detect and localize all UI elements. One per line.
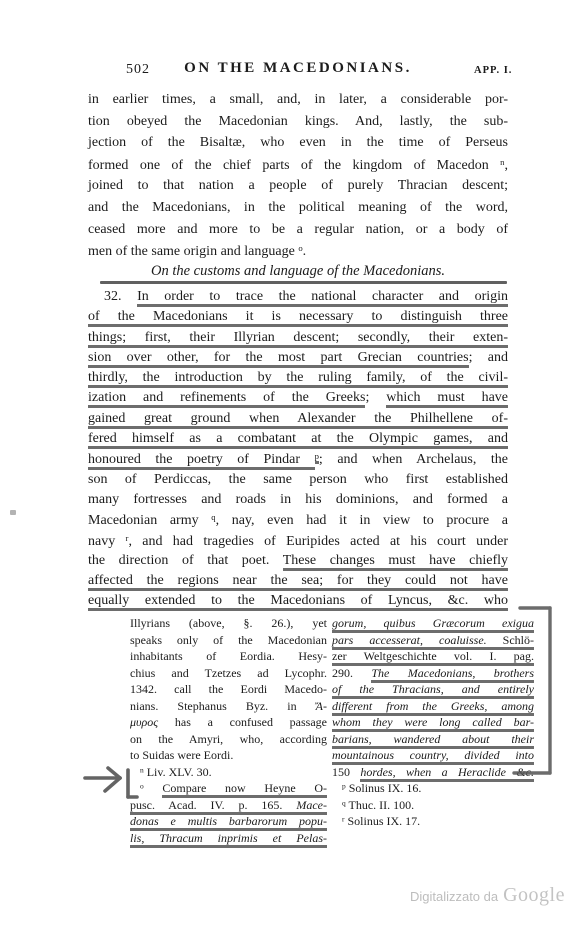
text-line: equally extended to the Macedonians of L… [88, 593, 508, 613]
text-segment: chius and Tzetzes ad Lycophr. [130, 666, 327, 680]
text-line: pars accesserat, coaluisse. Schlö- [332, 633, 534, 650]
text-segment: of the Macedonians it is necessary to di… [88, 309, 508, 324]
text-line: q Thuc. II. 100. [332, 798, 534, 815]
text-segment: inhabitants of Eordia. Hesy- [130, 649, 327, 663]
text-segment: tion obeyed the Macedonian kings. And, l… [88, 114, 508, 129]
text-line: to Suidas were Eordi. [130, 748, 327, 765]
text-line: whom they were long called bar- [332, 715, 534, 732]
text-line: different from the Greeks, among [332, 699, 534, 716]
text-segment: speaks only of the Macedonian [130, 633, 327, 647]
text-segment: , and had tragedies of Euripides acted a… [128, 533, 508, 548]
text-segment: fered himself as a combatant at the Olym… [88, 431, 508, 446]
text-segment: Solinus IX. 16. [346, 781, 422, 795]
text-line: gained great ground when Alexander the P… [88, 411, 508, 431]
text-segment [144, 781, 163, 795]
text-segment: has a confused passage [158, 715, 327, 729]
text-segment: gorum, quibus Græcorum exigua [332, 616, 534, 630]
text-line: n Liv. XLV. 30. [130, 765, 327, 782]
text-segment: , nay, even had it in view to procure a [216, 513, 508, 528]
text-line: thirdly, the introduction by the ruling … [88, 370, 508, 390]
text-segment: ceased more and more to be a regular nat… [88, 222, 508, 237]
text-segment: Macedonian army [88, 513, 211, 528]
text-segment: affected the regions near the sea; for t… [88, 573, 508, 588]
text-line: many fortresses and roads in his dominio… [88, 492, 508, 512]
text-segment: Ἄ- [316, 699, 327, 713]
text-segment: things; first, their Illyrian descent; s… [88, 330, 508, 345]
text-line: 150 hordes, when a Heraclide &c. [332, 765, 534, 782]
google-logo: Google [503, 884, 565, 907]
text-segment: the direction of that poet. [88, 553, 283, 568]
text-segment: barians, wandered about their [332, 732, 534, 746]
text-segment: These changes must have chiefly [283, 553, 508, 568]
text-line: barians, wandered about their [332, 732, 534, 749]
pencil-arrow-icon [82, 760, 140, 802]
text-segment: mountainous country, divided into [332, 748, 534, 762]
watermark: Digitalizzato da Google [385, 884, 565, 907]
text-segment: In order to trace the national character… [137, 289, 508, 304]
section-heading: On the customs and language of the Maced… [88, 263, 508, 280]
scanned-book-page: 502 ON THE MACEDONIANS. APP. I. in earli… [0, 0, 575, 932]
text-line: on the Amyri, who, according [130, 732, 327, 749]
text-segment: 150 [332, 765, 360, 779]
text-line: o Compare now Heyne O- [130, 781, 327, 798]
text-segment: Mace- [296, 798, 327, 812]
text-line: joined to that nation a people of purely… [88, 178, 508, 200]
text-line: ization and refinements of the Greeks; w… [88, 390, 508, 410]
text-line: Macedonian army q, nay, even had it in v… [88, 512, 508, 532]
text-segment: of the Thracians, and entirely [332, 682, 534, 696]
text-line: tion obeyed the Macedonian kings. And, l… [88, 114, 508, 136]
text-segment: many fortresses and roads in his dominio… [88, 492, 508, 507]
text-line: chius and Tzetzes ad Lycophr. [130, 666, 327, 683]
text-segment: 32. [104, 289, 137, 304]
text-segment: Solinus IX. 17. [344, 814, 420, 828]
text-line: fered himself as a combatant at the Olym… [88, 431, 508, 451]
text-segment: sion over other, for the most part Greci… [88, 350, 469, 365]
text-line: pusc. Acad. IV. p. 165. Mace- [130, 798, 327, 815]
text-line: jection of the Bisaltæ, who even in the … [88, 135, 508, 157]
text-segment: pars accesserat, coaluisse. [332, 633, 487, 647]
ink-speck [10, 510, 16, 515]
text-line: navy r, and had tragedies of Euripides a… [88, 533, 508, 553]
watermark-text: Digitalizzato da [410, 889, 498, 904]
text-line: nians. Stephanus Byz. in Ἄ- [130, 699, 327, 716]
text-segment: Illyrians (above, §. 26.), yet [130, 616, 327, 630]
text-line: men of the same origin and language o. [88, 243, 508, 265]
text-segment: son of Perdiccas, the same person who fi… [88, 472, 508, 487]
text-line: lis, Thracum inprimis et Pelas- [130, 831, 327, 848]
text-segment: Compare now Heyne O- [162, 781, 327, 795]
text-line: r Solinus IX. 17. [332, 814, 534, 831]
text-line: Illyrians (above, §. 26.), yet [130, 616, 327, 633]
text-segment: honoured the poetry of Pindar [88, 452, 315, 467]
text-segment: ; and [469, 350, 508, 365]
text-line: sion over other, for the most part Greci… [88, 350, 508, 370]
text-line: of the Macedonians it is necessary to di… [88, 309, 508, 329]
text-line: in earlier times, a small, and, in later… [88, 92, 508, 114]
text-segment: navy [88, 533, 126, 548]
text-segment: to Suidas were Eordi. [130, 748, 233, 762]
text-line: 290. The Macedonians, brothers [332, 666, 534, 683]
text-line: p Solinus IX. 16. [332, 781, 534, 798]
text-segment: Liv. XLV. 30. [144, 765, 212, 779]
text-line: 32. In order to trace the national chara… [88, 289, 508, 309]
text-line: son of Perdiccas, the same person who fi… [88, 472, 508, 492]
text-line: things; first, their Illyrian descent; s… [88, 330, 508, 350]
text-line: the direction of that poet. These change… [88, 553, 508, 573]
footnote-col-left: Illyrians (above, §. 26.), yetspeaks onl… [130, 616, 327, 847]
text-line: of the Thracians, and entirely [332, 682, 534, 699]
pencil-underline-heading [100, 281, 507, 284]
text-segment: , [505, 158, 509, 173]
text-line: speaks only of the Macedonian [130, 633, 327, 650]
text-segment: 1342. call the Eordi Macedo- [130, 682, 327, 696]
pencil-bracket-icon [510, 603, 562, 787]
text-segment: Thuc. II. 100. [346, 798, 414, 812]
text-line: donas e multis barbarorum popu- [130, 814, 327, 831]
text-line: and the Macedonians, in the political me… [88, 200, 508, 222]
text-segment: thirdly, the introduction by the ruling … [88, 370, 508, 385]
text-line: inhabitants of Eordia. Hesy- [130, 649, 327, 666]
text-segment: nians. Stephanus Byz. in [130, 699, 316, 713]
text-segment: . [303, 244, 307, 259]
text-line: mountainous country, divided into [332, 748, 534, 765]
footnote-col-right: gorum, quibus Græcorum exiguapars access… [332, 616, 534, 831]
text-line: formed one of the chief parts of the kin… [88, 157, 508, 179]
text-line: honoured the poetry of Pindar p; and whe… [88, 451, 508, 471]
text-segment: on the Amyri, who, according [130, 732, 327, 746]
text-segment: and the Macedonians, in the political me… [88, 200, 508, 215]
text-segment: gained great ground when Alexander the P… [88, 411, 508, 426]
text-segment: jection of the Bisaltæ, who even in the … [88, 135, 508, 150]
text-segment: 290. [332, 666, 371, 680]
section-label: APP. I. [474, 65, 512, 76]
text-line: affected the regions near the sea; for t… [88, 573, 508, 593]
text-segment: ; [365, 390, 386, 405]
text-line: μυρος has a confused passage [130, 715, 327, 732]
text-segment: which must have [386, 390, 508, 405]
text-segment: men of the same origin and language [88, 244, 298, 259]
text-segment: zer Weltgeschichte vol. I. pag. [332, 649, 534, 663]
text-segment: formed one of the chief parts of the kin… [88, 158, 500, 173]
text-line: zer Weltgeschichte vol. I. pag. [332, 649, 534, 666]
text-segment: ization and refinements of the Greeks [88, 390, 365, 405]
text-segment [487, 633, 503, 647]
text-segment: lis, Thracum inprimis et Pelas- [130, 831, 327, 845]
text-segment: donas e multis barbarorum popu- [130, 814, 327, 828]
text-segment: μυρος [130, 715, 158, 729]
text-segment: equally extended to the Macedonians of L… [88, 593, 508, 608]
text-segment: different from the Greeks, among [332, 699, 534, 713]
text-segment: in earlier times, a small, and, in later… [88, 92, 508, 107]
text-segment: whom they were long called bar- [332, 715, 534, 729]
text-line: ceased more and more to be a regular nat… [88, 222, 508, 244]
running-title: ON THE MACEDONIANS. [88, 60, 508, 77]
text-segment: hordes, when a Heraclide &c. [360, 765, 534, 779]
text-line: 1342. call the Eordi Macedo- [130, 682, 327, 699]
paragraph-32: 32. In order to trace the national chara… [88, 289, 508, 614]
text-segment: joined to that nation a people of purely… [88, 178, 508, 193]
text-segment: ; and when Archelaus, the [319, 452, 508, 467]
paragraph-continuation: in earlier times, a small, and, in later… [88, 92, 508, 265]
text-segment: pusc. Acad. IV. p. 165. [130, 798, 296, 812]
text-line: gorum, quibus Græcorum exigua [332, 616, 534, 633]
